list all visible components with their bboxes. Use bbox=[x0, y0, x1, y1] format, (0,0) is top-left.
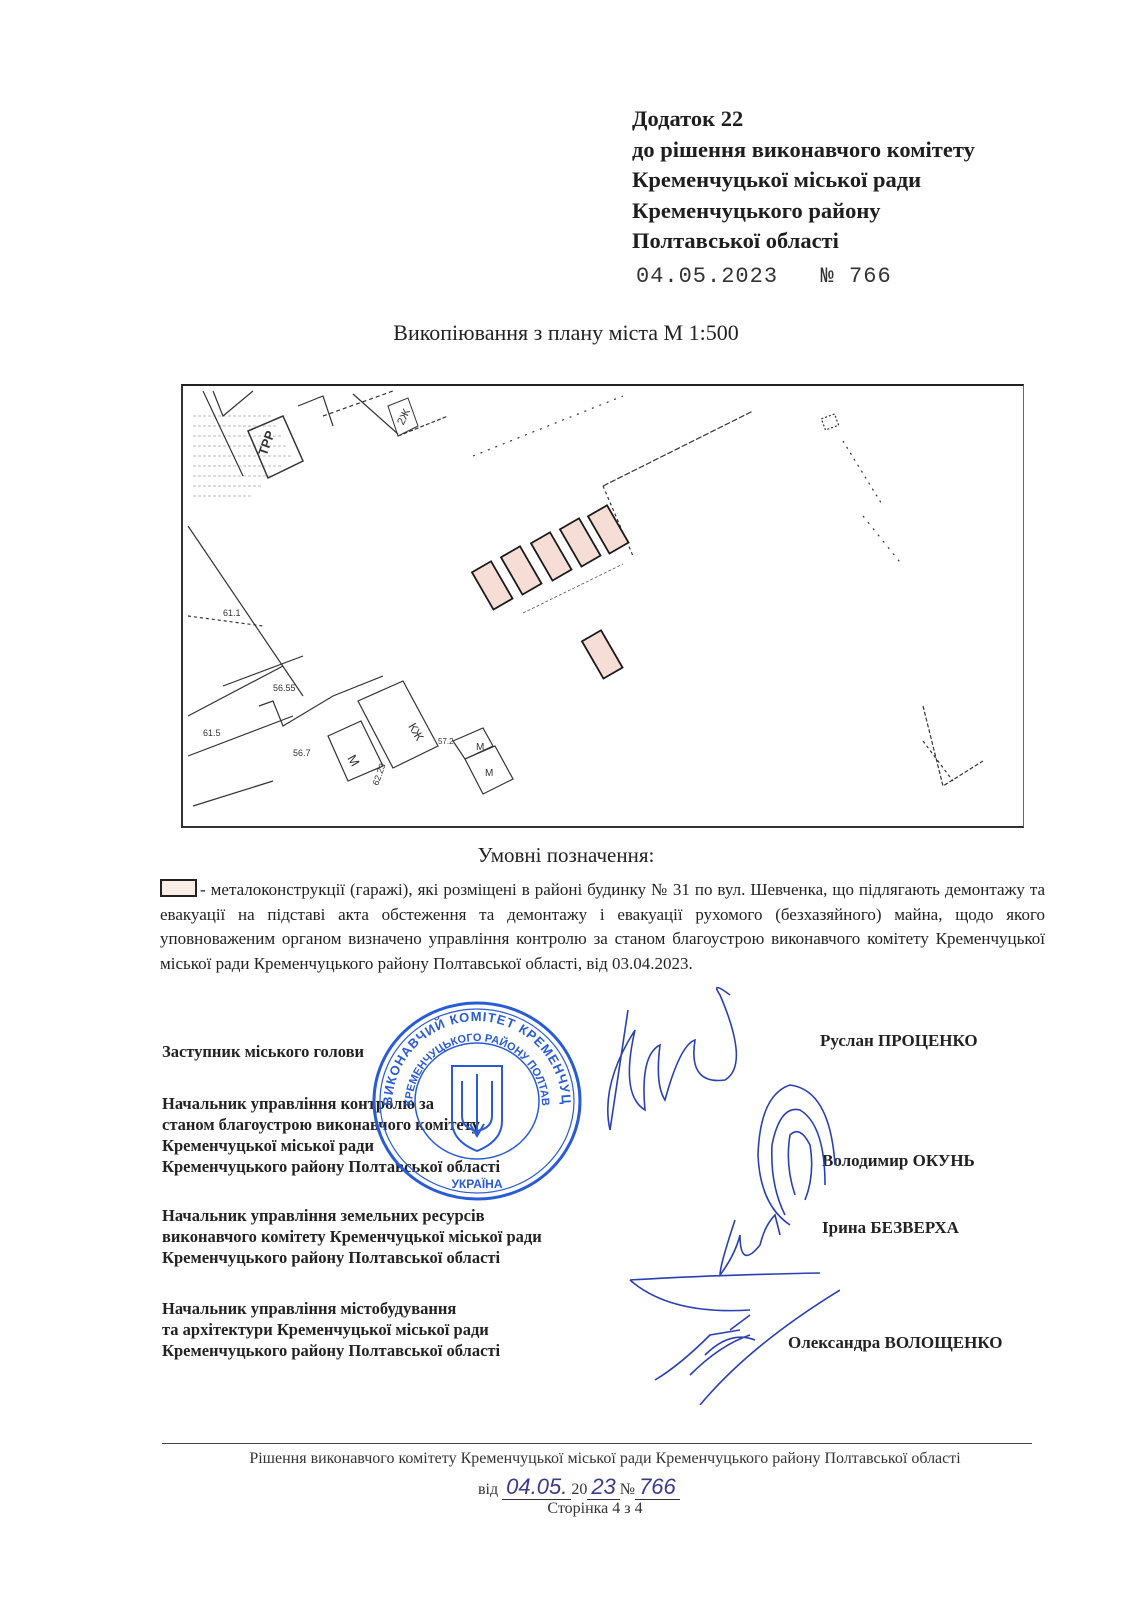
garages-group bbox=[472, 505, 629, 678]
official-seal: ВИКОНАВЧИЙ КОМІТЕТ КРЕМЕНЧУЦЬКОЇ МІСЬКОЇ… bbox=[362, 996, 592, 1206]
trident-icon bbox=[452, 1066, 502, 1151]
appendix-number: Додаток 22 bbox=[632, 104, 975, 135]
page-indicator: Сторінка 4 з 4 bbox=[0, 1500, 1132, 1518]
legend-description: - металоконструкції (гаражі), які розміщ… bbox=[160, 878, 1045, 976]
signatory-2-name: Володимир ОКУНЬ bbox=[822, 1151, 975, 1171]
legend-text: - металоконструкції (гаражі), які розміщ… bbox=[160, 880, 1045, 973]
footer-decision-title: Рішення виконавчого комітету Кременчуцьк… bbox=[0, 1450, 1132, 1468]
signatory-1-name: Руслан ПРОЦЕНКО bbox=[820, 1031, 978, 1051]
garage-6 bbox=[582, 630, 623, 678]
footer-number: 766 bbox=[635, 1474, 680, 1500]
signatory-1-position: Заступник міського голови bbox=[162, 1041, 364, 1062]
svg-text:61.1: 61.1 bbox=[223, 608, 241, 618]
legend-title: Умовні позначення: bbox=[0, 843, 1132, 868]
number-sign: № bbox=[821, 264, 835, 289]
hatched-area-top-left bbox=[193, 416, 293, 496]
appendix-line-4: Кременчуцького району bbox=[632, 196, 975, 227]
city-plan-map: ТРР 2Ж КЖ М М М 61.1 56.55 56.7 62.23 61… bbox=[181, 384, 1024, 828]
svg-text:М: М bbox=[344, 752, 362, 769]
signature-bezverkha bbox=[630, 1215, 820, 1311]
svg-text:ТРР: ТРР bbox=[255, 428, 278, 457]
decision-date: 04.05.2023 bbox=[636, 264, 778, 289]
svg-text:М: М bbox=[476, 742, 484, 753]
svg-text:57.2: 57.2 bbox=[438, 737, 454, 746]
svg-text:КЖ: КЖ bbox=[405, 721, 426, 744]
svg-text:УКРАЇНА: УКРАЇНА bbox=[451, 1176, 502, 1191]
footer-decision-number: від 04.05.2023№766 bbox=[478, 1474, 680, 1500]
map-title: Викопіювання з плану міста М 1:500 bbox=[0, 320, 1132, 346]
appendix-line-5: Полтавської області bbox=[632, 226, 975, 257]
garage-legend-swatch bbox=[160, 879, 197, 897]
building-kzh bbox=[358, 681, 438, 768]
signature-okun bbox=[758, 1085, 835, 1225]
signatory-3-name: Ірина БЕЗВЕРХА bbox=[822, 1218, 959, 1238]
svg-text:62.23: 62.23 bbox=[370, 762, 387, 787]
svg-text:56.55: 56.55 bbox=[273, 683, 296, 693]
map-drawing: ТРР 2Ж КЖ М М М 61.1 56.55 56.7 62.23 61… bbox=[183, 386, 1023, 826]
svg-text:2Ж: 2Ж bbox=[395, 407, 413, 427]
appendix-line-2: до рішення виконавчого комітету bbox=[632, 135, 975, 166]
signature-voloshchenko bbox=[655, 1290, 840, 1405]
svg-text:М: М bbox=[485, 768, 493, 779]
svg-text:ВИКОНАВЧИЙ КОМІТЕТ КРЕМЕНЧУЦЬК: ВИКОНАВЧИЙ КОМІТЕТ КРЕМЕНЧУЦЬКОЇ МІСЬКОЇ… bbox=[362, 996, 574, 1106]
svg-text:56.7: 56.7 bbox=[293, 748, 311, 758]
signature-protsenko bbox=[608, 988, 737, 1131]
decision-number: 766 bbox=[849, 264, 892, 289]
decision-date-stamp: 04.05.2023 № 766 bbox=[636, 264, 892, 289]
appendix-line-3: Кременчуцької міської ради bbox=[632, 165, 975, 196]
footer-date: 04.05. bbox=[502, 1474, 571, 1500]
appendix-header: Додаток 22 до рішення виконавчого коміте… bbox=[632, 104, 975, 257]
footer-divider bbox=[162, 1443, 1032, 1444]
signatory-4-position: Начальник управління містобудування та а… bbox=[162, 1298, 500, 1361]
handwritten-signatures bbox=[590, 985, 840, 1405]
footer-year: 23 bbox=[587, 1474, 619, 1500]
building-m2 bbox=[453, 728, 493, 759]
svg-text:61.5: 61.5 bbox=[203, 728, 221, 738]
signatory-3-position: Начальник управління земельних ресурсів … bbox=[162, 1205, 542, 1268]
